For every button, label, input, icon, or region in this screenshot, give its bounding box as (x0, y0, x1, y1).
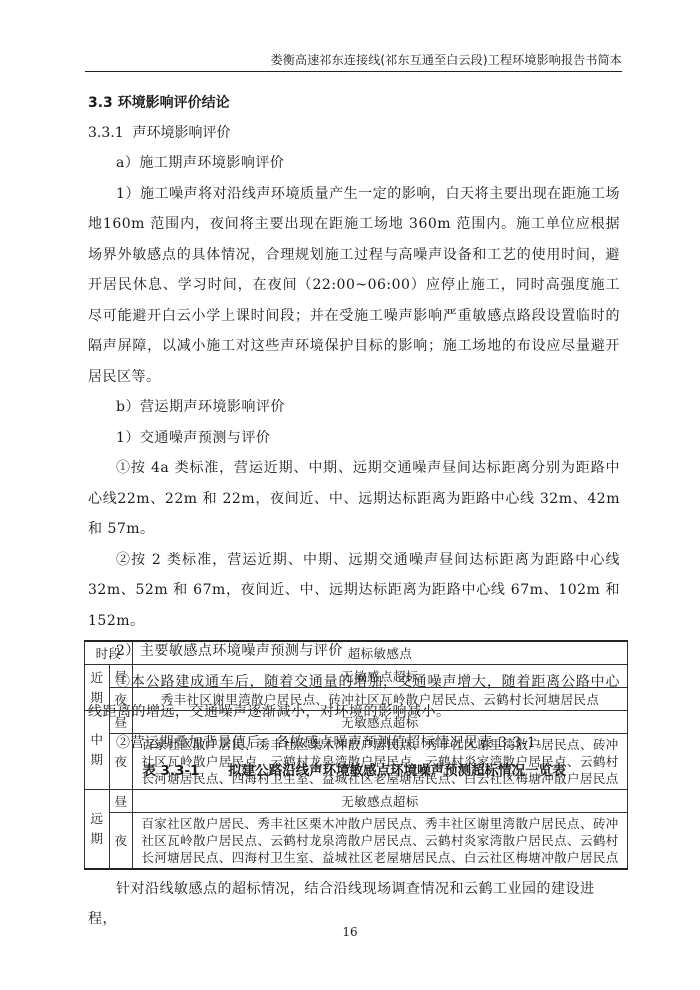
header-points: 超标敏感点 (133, 641, 628, 665)
table-row: 中期 昼 无敏感点超标 (85, 711, 628, 734)
period-near: 近期 (85, 665, 110, 711)
section-title: 环境影响评价结论 (118, 95, 230, 111)
mid-day-points: 无敏感点超标 (133, 711, 628, 734)
time-night: 夜 (110, 813, 133, 870)
mid-night-points: 百家社区散户居民、秀丰社区栗木冲散户居民点、秀丰社区谢里湾散户居民点、砖冲社区瓦… (133, 734, 628, 790)
table-row: 夜 百家社区散户居民、秀丰社区栗木冲散户居民点、秀丰社区谢里湾散户居民点、砖冲社… (85, 734, 628, 790)
subsection-number: 3.3.1 (88, 118, 128, 148)
section-heading: 3.3 环境影响评价结论 (88, 88, 620, 118)
table-row: 近期 昼 无敏感点超标 (85, 665, 628, 688)
time-day: 昼 (110, 790, 133, 813)
time-night: 夜 (110, 688, 133, 711)
time-day: 昼 (110, 665, 133, 688)
far-day-points: 无敏感点超标 (133, 790, 628, 813)
period-far: 远期 (85, 790, 110, 870)
subheading-construction: a）施工期声环境影响评价 (88, 148, 620, 179)
subheading-operation: b）营运期声环境影响评价 (88, 392, 620, 423)
table-header-row: 时段 超标敏感点 (85, 641, 628, 665)
far-night-points: 百家社区散户居民、秀丰社区栗木冲散户居民点、秀丰社区谢里湾散户居民点、砖冲社区瓦… (133, 813, 628, 870)
exceedance-table: 时段 超标敏感点 近期 昼 无敏感点超标 夜 秀丰社区谢里湾散户居民点、砖冲社区… (84, 640, 628, 870)
subsection-heading: 3.3.1 声环境影响评价 (88, 118, 620, 148)
running-header: 娄衡高速祁东连接线(祁东互通至白云段)工程环境影响报告书简本 (85, 52, 622, 72)
subsection-title: 声环境影响评价 (132, 125, 230, 141)
paragraph-construction-noise: 1）施工噪声将对沿线声环境质量产生一定的影响，白天将主要出现在距施工场地160m… (88, 179, 620, 393)
near-night-points: 秀丰社区谢里湾散户居民点、砖冲社区瓦岭散户居民点、云鹤村长河塘居民点 (133, 688, 628, 711)
header-period: 时段 (85, 641, 133, 665)
period-mid: 中期 (85, 711, 110, 790)
time-night: 夜 (110, 734, 133, 790)
paragraph-class-2: ②按 2 类标准，营运近期、中期、远期交通噪声昼间达标距离为距路中心线 32m、… (88, 545, 620, 637)
table-row: 夜 秀丰社区谢里湾散户居民点、砖冲社区瓦岭散户居民点、云鹤村长河塘居民点 (85, 688, 628, 711)
subheading-traffic-noise: 1）交通噪声预测与评价 (88, 423, 620, 454)
section-number: 3.3 (88, 95, 113, 111)
table-row: 远期 昼 无敏感点超标 (85, 790, 628, 813)
page-number: 16 (0, 925, 700, 939)
table-row: 夜 百家社区散户居民、秀丰社区栗木冲散户居民点、秀丰社区谢里湾散户居民点、砖冲社… (85, 813, 628, 870)
time-day: 昼 (110, 711, 133, 734)
paragraph-class-4a: ①按 4a 类标准，营运近期、中期、远期交通噪声昼间达标距离分别为距路中心线22… (88, 453, 620, 545)
near-day-points: 无敏感点超标 (133, 665, 628, 688)
